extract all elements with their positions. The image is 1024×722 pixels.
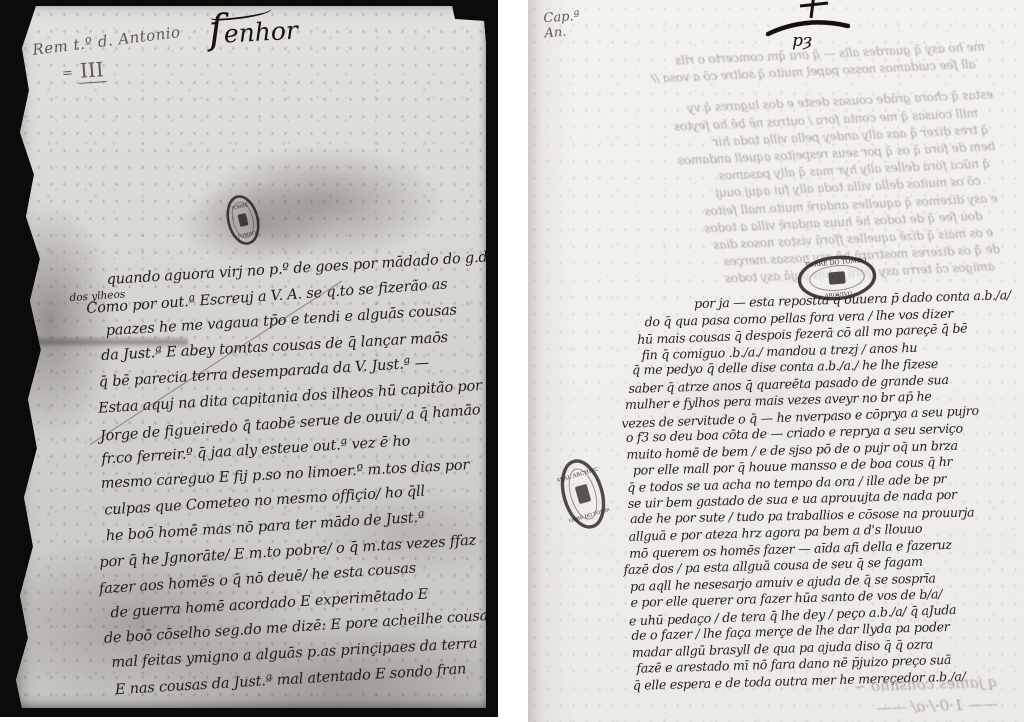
archive-stamp-icon: TORRE TOMBO (220, 191, 266, 250)
left-page-paper: Rem t.º d. Antonio = III ſenhor TORRE TO… (6, 6, 486, 708)
letter-body: por ja — esta repostta q̄ ouuera p̄ dado… (622, 287, 1024, 694)
archivist-folio-number: III (77, 57, 106, 84)
right-scan-frame: Cap.ª An. pȝ me ho asy q̄ guardes alls —… (528, 0, 1024, 722)
right-page-paper: Cap.ª An. pȝ me ho asy q̄ guardes alls —… (528, 0, 1024, 722)
archivist-equals-mark: = (61, 66, 73, 82)
manuscript-scan-viewer: { "left_page": { "note": "Rem t.º d. Ant… (0, 0, 1024, 722)
chapter-annotation-line1: Cap.ª (543, 9, 580, 26)
real-archivo-stamp-icon: REAL ARCHIVO TORRE DO TOMBO (553, 454, 613, 535)
interlinear-note: dos ylheos (69, 282, 126, 311)
salutation: ſenhor (208, 16, 298, 50)
chapter-annotation: Cap.ª An. (543, 9, 581, 41)
letter-body: quando aguora virj no p.º de goes por mā… (90, 245, 498, 703)
ink-showthrough-block: me ho asy q̄ guardes alls — q̄ ora q̄m c… (565, 39, 995, 295)
stamp-text-top: TORRE (231, 202, 250, 212)
archivist-note: Rem t.º d. Antonio (31, 23, 181, 59)
left-scan-frame: Rem t.º d. Antonio = III ſenhor TORRE TO… (0, 0, 498, 717)
chapter-annotation-line2: An. (544, 24, 581, 41)
